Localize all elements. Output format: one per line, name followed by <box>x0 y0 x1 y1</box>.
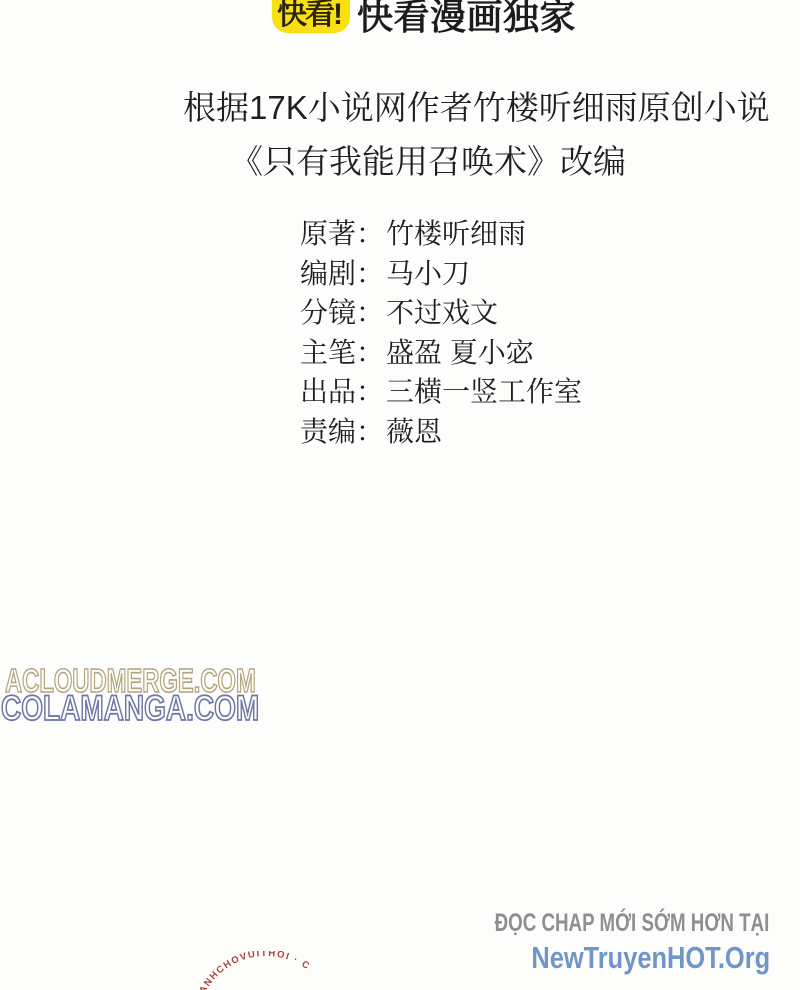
credit-separator: ： <box>356 376 384 407</box>
credit-role: 主笔 <box>300 337 356 368</box>
adaptation-source-line: 根据17K小说网作者竹楼听细雨原创小说 <box>183 82 770 129</box>
credit-name: 薇恩 <box>386 416 442 447</box>
credit-row-scriptwriter: 编剧：马小刀 <box>300 254 582 294</box>
credit-name: 盛盈 夏小宓 <box>386 337 534 368</box>
credit-role: 原著 <box>300 218 356 249</box>
promo-tagline: ĐỌC CHAP MỚI SỚM HƠN TẠI <box>494 909 769 938</box>
credit-name: 竹楼听细雨 <box>386 218 526 249</box>
credit-role: 编剧 <box>300 258 356 289</box>
credit-row-producer: 出品：三横一竖工作室 <box>300 372 582 412</box>
kuaikan-app-icon: 快看! <box>272 0 350 33</box>
credit-row-editor: 责编：薇恩 <box>300 412 582 452</box>
credit-separator: ： <box>356 297 384 328</box>
credit-row-original-author: 原著：竹楼听细雨 <box>300 214 582 254</box>
credit-name: 三横一竖工作室 <box>386 376 582 407</box>
credit-separator: ： <box>356 337 384 368</box>
credit-role: 分镜 <box>300 297 356 328</box>
credit-separator: ： <box>356 258 384 289</box>
stamp-arc-text: ANHCHOVUITHOI · C <box>197 951 312 990</box>
credit-row-lead-artist: 主笔：盛盈 夏小宓 <box>300 333 582 373</box>
brand-title: 快看漫画独家 <box>357 0 576 40</box>
circular-stamp-watermark: ANHCHOVUITHOI · C <box>196 951 336 990</box>
credits-list: 原著：竹楼听细雨 编剧：马小刀 分镜：不过戏文 主笔：盛盈 夏小宓 出品：三横一… <box>300 214 582 451</box>
credit-row-storyboard: 分镜：不过戏文 <box>300 293 582 333</box>
kuaikan-icon-text: 快看! <box>277 0 341 33</box>
promo-site-name: NewTruyenHOT.Org <box>531 940 770 976</box>
credit-name: 马小刀 <box>386 258 470 289</box>
credit-role: 责编 <box>300 416 356 447</box>
stamp-arc-text-holder: ANHCHOVUITHOI · C <box>197 951 312 990</box>
credit-name: 不过戏文 <box>386 297 498 328</box>
credit-separator: ： <box>356 416 384 447</box>
credit-separator: ： <box>356 218 384 249</box>
adaptation-title-line: 《只有我能用召唤术》改编 <box>230 136 626 183</box>
credit-role: 出品 <box>300 376 356 407</box>
comic-credits-page: 快看! 快看漫画独家 根据17K小说网作者竹楼听细雨原创小说 《只有我能用召唤术… <box>0 0 800 990</box>
watermark-colamanga: COLAMANGA.COM <box>1 689 259 729</box>
